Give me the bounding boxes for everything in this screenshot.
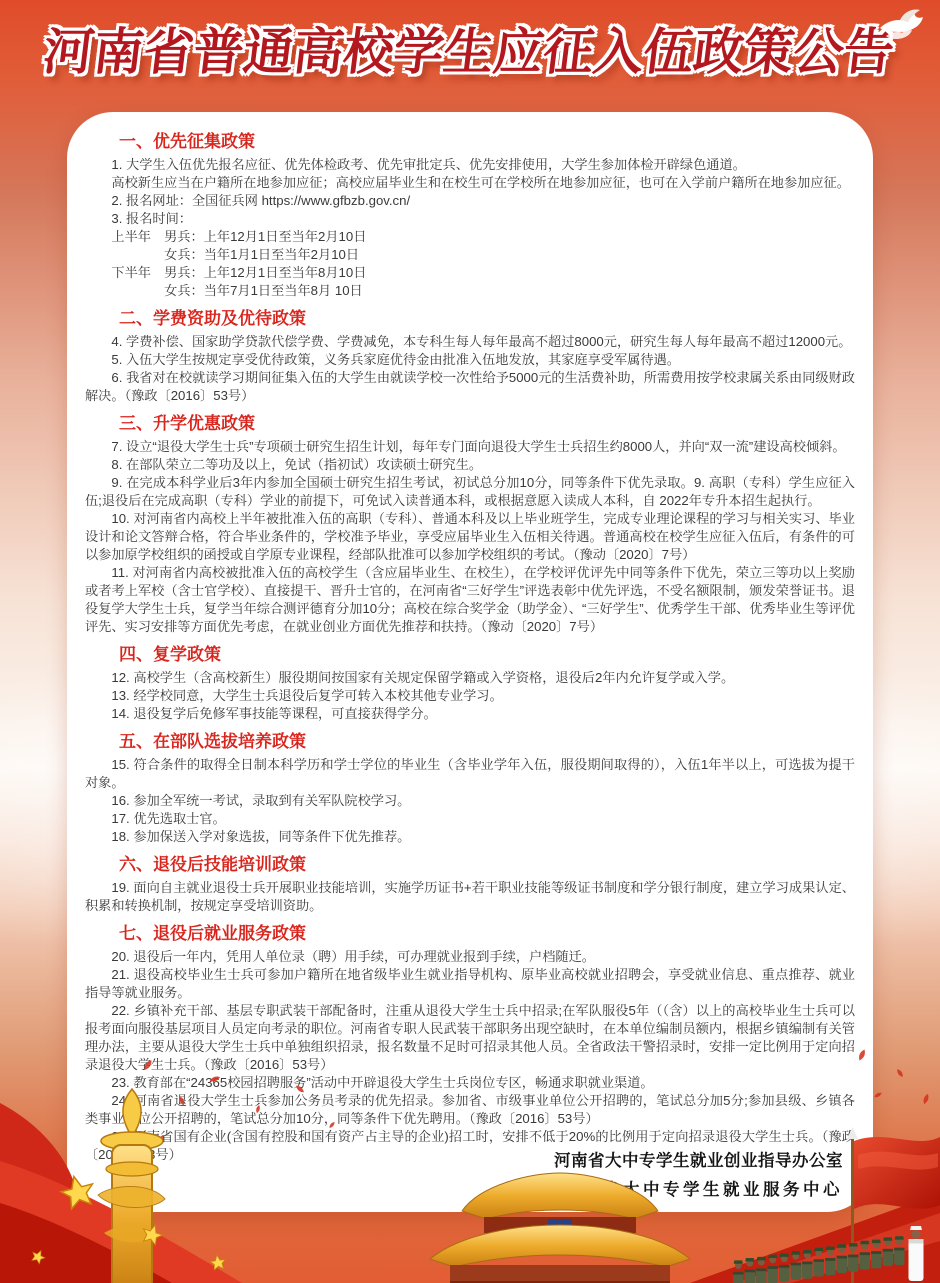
policy-paragraph: 4. 学费补偿、国家助学贷款代偿学费、学费减免，本专科生每人每年最高不超过800… [85,333,855,351]
section-heading: 二、学费资助及优待政策 [85,307,855,330]
section-heading: 六、退役后技能培训政策 [85,853,855,876]
policy-paragraph: 15. 符合条件的取得全日制本科学历和学士学位的毕业生（含毕业学年入伍，服役期间… [85,756,855,792]
section-heading: 五、在部队选拔培养政策 [85,730,855,753]
policy-paragraph: 女兵：当年7月1日至当年8月 10日 [85,282,855,300]
policy-paragraph: 16. 参加全军统一考试，录取到有关军队院校学习。 [85,792,855,810]
policy-paragraph: 3. 报名时间： [85,210,855,228]
policy-paragraph: 1. 大学生入伍优先报名应征、优先体检政考、优先审批定兵、优先安排使用，大学生参… [85,156,855,174]
policy-paragraph: 6. 我省对在校就读学习期间征集入伍的大学生由就读学校一次性给予5000元的生活… [85,369,855,405]
policy-paragraph: 13. 经学校同意，大学生士兵退役后复学可转入本校其他专业学习。 [85,687,855,705]
policy-paragraph: 5. 入伍大学生按规定享受优待政策，义务兵家庭优待金由批准入伍地发放，其家庭享受… [85,351,855,369]
policy-card: 一、优先征集政策1. 大学生入伍优先报名应征、优先体检政考、优先审批定兵、优先安… [67,112,873,1212]
policy-paragraph: 22. 乡镇补充干部、基层专职武装干部配备时，注重从退役大学生士兵中招录;在军队… [85,1002,855,1074]
policy-paragraph: 19. 面向自主就业退役士兵开展职业技能培训，实施学历证书+若干职业技能等级证书… [85,879,855,915]
policy-paragraph: 17. 优先选取士官。 [85,810,855,828]
policy-sections: 一、优先征集政策1. 大学生入伍优先报名应征、优先体检政考、优先审批定兵、优先安… [85,130,855,1164]
policy-paragraph: 20. 退役后一年内，凭用人单位录（聘）用手续，可办理就业报到手续，户档随迁。 [85,948,855,966]
policy-paragraph: 9. 在完成本科学业后3年内参加全国硕士研究生招生考试，初试总分加10分，同等条… [85,474,855,510]
poster-header: 河南省普通高校学生应征入伍政策公告 [0,0,940,112]
policy-paragraph: 下半年 男兵：上年12月1日至当年8月10日 [85,264,855,282]
policy-section: 七、退役后就业服务政策20. 退役后一年内，凭用人单位录（聘）用手续，可办理就业… [85,922,855,1164]
policy-paragraph: 14. 退役复学后免修军事技能等课程，可直接获得学分。 [85,705,855,723]
policy-paragraph: 2. 报名网址：全国征兵网 https://www.gfbzb.gov.cn/ [85,192,855,210]
policy-paragraph: 女兵：当年1月1日至当年2月10日 [85,246,855,264]
section-heading: 一、优先征集政策 [85,130,855,153]
policy-paragraph: 10. 对河南省内高校上半年被批准入伍的高职（专科）、普通本科及以上毕业班学生，… [85,510,855,564]
policy-paragraph: 21. 退役高校毕业生士兵可参加户籍所在地省级毕业生就业指导机构、原毕业高校就业… [85,966,855,1002]
policy-section: 五、在部队选拔培养政策15. 符合条件的取得全日制本科学历和学士学位的毕业生（含… [85,730,855,846]
section-heading: 七、退役后就业服务政策 [85,922,855,945]
policy-paragraph: 高校新生应当在户籍所在地参加应征；高校应届毕业生和在校生可在学校所在地参加应征，… [85,174,855,192]
policy-paragraph: 8. 在部队荣立二等功及以上，免试（指初试）攻读硕士研究生。 [85,456,855,474]
policy-section: 三、升学优惠政策7. 设立“退役大学生士兵”专项硕士研究生招生计划，每年专门面向… [85,412,855,636]
section-heading: 三、升学优惠政策 [85,412,855,435]
section-heading: 四、复学政策 [85,643,855,666]
poster: 河南省普通高校学生应征入伍政策公告 一、优先征集政策1. 大学生入伍优先报名应征… [0,0,940,1283]
poster-title: 河南省普通高校学生应征入伍政策公告 [0,0,940,84]
policy-paragraph: 11. 对河南省内高校被批准入伍的高校学生（含应届毕业生、在校生），在学校评优评… [85,564,855,636]
policy-section: 一、优先征集政策1. 大学生入伍优先报名应征、优先体检政考、优先审批定兵、优先安… [85,130,855,300]
policy-paragraph: 24. 河南省退役大学生士兵参加公务员考录的优先招录。参加省、市级事业单位公开招… [85,1092,855,1128]
policy-paragraph: 上半年 男兵：上年12月1日至当年2月10日 [85,228,855,246]
signature-line-2: 河南省大中专学生就业服务中心 [554,1176,843,1200]
signature-block: 河南省大中专学生就业创业指导办公室 河南省大中专学生就业服务中心 [554,1147,843,1200]
policy-section: 四、复学政策12. 高校学生（含高校新生）服役期间按国家有关规定保留学籍或入学资… [85,643,855,723]
policy-paragraph: 18. 参加保送入学对象选拔，同等条件下优先推荐。 [85,828,855,846]
policy-paragraph: 7. 设立“退役大学生士兵”专项硕士研究生招生计划，每年专门面向退役大学生士兵招… [85,438,855,456]
policy-section: 六、退役后技能培训政策19. 面向自主就业退役士兵开展职业技能培训，实施学历证书… [85,853,855,915]
dove-icon [872,6,928,44]
policy-paragraph: 23. 教育部在“24365校园招聘服务”活动中开辟退役大学生士兵岗位专区，畅通… [85,1074,855,1092]
policy-section: 二、学费资助及优待政策4. 学费补偿、国家助学贷款代偿学费、学费减免，本专科生每… [85,307,855,405]
policy-paragraph: 12. 高校学生（含高校新生）服役期间按国家有关规定保留学籍或入学资格，退役后2… [85,669,855,687]
signature-line-1: 河南省大中专学生就业创业指导办公室 [554,1147,843,1171]
